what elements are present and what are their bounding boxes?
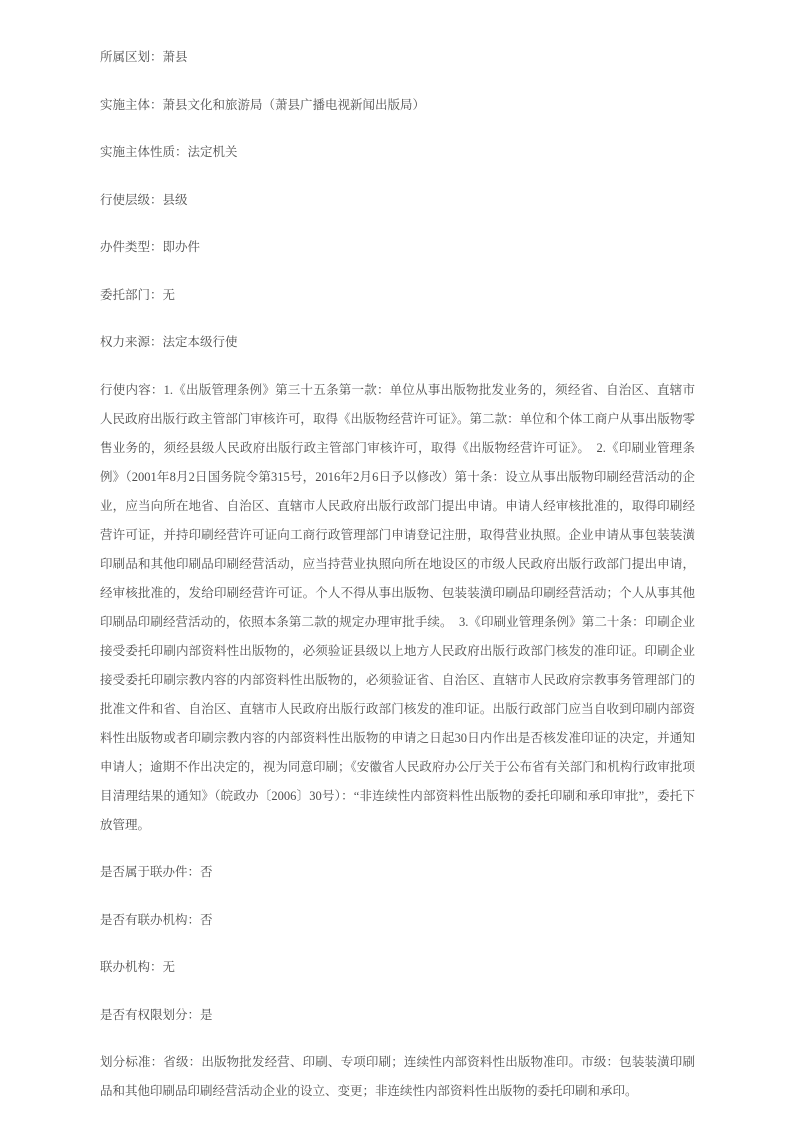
field-joint-org: 联办机构：无: [100, 953, 695, 982]
field-label: 是否有权限划分: [100, 1008, 188, 1022]
field-value: 无: [163, 960, 176, 974]
field-value: 县级: [163, 193, 188, 207]
field-value: 法定机关: [188, 145, 238, 159]
field-colon: ：: [188, 913, 201, 927]
field-colon: ：: [150, 960, 163, 974]
document-page: 所属区划：萧县 实施主体：萧县文化和旅游局（萧县广播电视新闻出版局） 实施主体性…: [0, 0, 793, 1122]
field-label: 所属区划: [100, 50, 150, 64]
field-colon: ：: [150, 193, 163, 207]
field-colon: ：: [150, 240, 163, 254]
field-value: 即办件: [163, 240, 201, 254]
field-label: 联办机构: [100, 960, 150, 974]
field-label: 实施主体: [100, 98, 150, 112]
field-joint-org-exists: 是否有联办机构：否: [100, 906, 695, 935]
field-value: 1.《出版管理条例》第三十五条第一款：单位从事出版物批发业务的，须经省、自治区、…: [100, 383, 695, 832]
field-value: 萧县文化和旅游局（萧县广播电视新闻出版局）: [163, 98, 426, 112]
field-label: 实施主体性质: [100, 145, 175, 159]
field-colon: ：: [188, 1008, 201, 1022]
field-label: 行使层级: [100, 193, 150, 207]
field-value: 无: [163, 288, 176, 302]
field-colon: ：: [151, 1055, 164, 1069]
field-colon: ：: [150, 98, 163, 112]
field-value: 否: [200, 913, 213, 927]
field-value: 否: [200, 865, 213, 879]
field-power-source: 权力来源：法定本级行使: [100, 328, 695, 357]
field-label: 划分标准: [100, 1055, 151, 1069]
field-colon: ：: [150, 335, 163, 349]
field-label: 是否属于联办件: [100, 865, 188, 879]
field-value: 萧县: [163, 50, 188, 64]
field-label: 行使内容: [100, 383, 151, 397]
field-district: 所属区划：萧县: [100, 43, 695, 72]
field-colon: ：: [150, 288, 163, 302]
field-value: 是: [200, 1008, 213, 1022]
field-label: 委托部门: [100, 288, 150, 302]
field-colon: ：: [150, 50, 163, 64]
field-label: 是否有联办机构: [100, 913, 188, 927]
field-implementer-nature: 实施主体性质：法定机关: [100, 138, 695, 167]
field-label: 权力来源: [100, 335, 150, 349]
field-joint-handling: 是否属于联办件：否: [100, 858, 695, 887]
field-colon: ：: [188, 865, 201, 879]
field-division-standard: 划分标准：省级：出版物批发经营、印刷、专项印刷；连续性内部资料性出版物准印。市级…: [100, 1048, 695, 1106]
field-entrusting-department: 委托部门：无: [100, 281, 695, 310]
field-exercise-level: 行使层级：县级: [100, 186, 695, 215]
field-exercise-content: 行使内容：1.《出版管理条例》第三十五条第一款：单位从事出版物批发业务的，须经省…: [100, 376, 695, 840]
field-value: 法定本级行使: [163, 335, 238, 349]
field-value: 省级：出版物批发经营、印刷、专项印刷；连续性内部资料性出版物准印。市级：包装装潢…: [100, 1055, 695, 1098]
field-item-type: 办件类型：即办件: [100, 233, 695, 262]
field-implementer: 实施主体：萧县文化和旅游局（萧县广播电视新闻出版局）: [100, 91, 695, 120]
field-colon: ：: [151, 383, 164, 397]
field-colon: ：: [175, 145, 188, 159]
field-authority-division: 是否有权限划分：是: [100, 1001, 695, 1030]
field-label: 办件类型: [100, 240, 150, 254]
